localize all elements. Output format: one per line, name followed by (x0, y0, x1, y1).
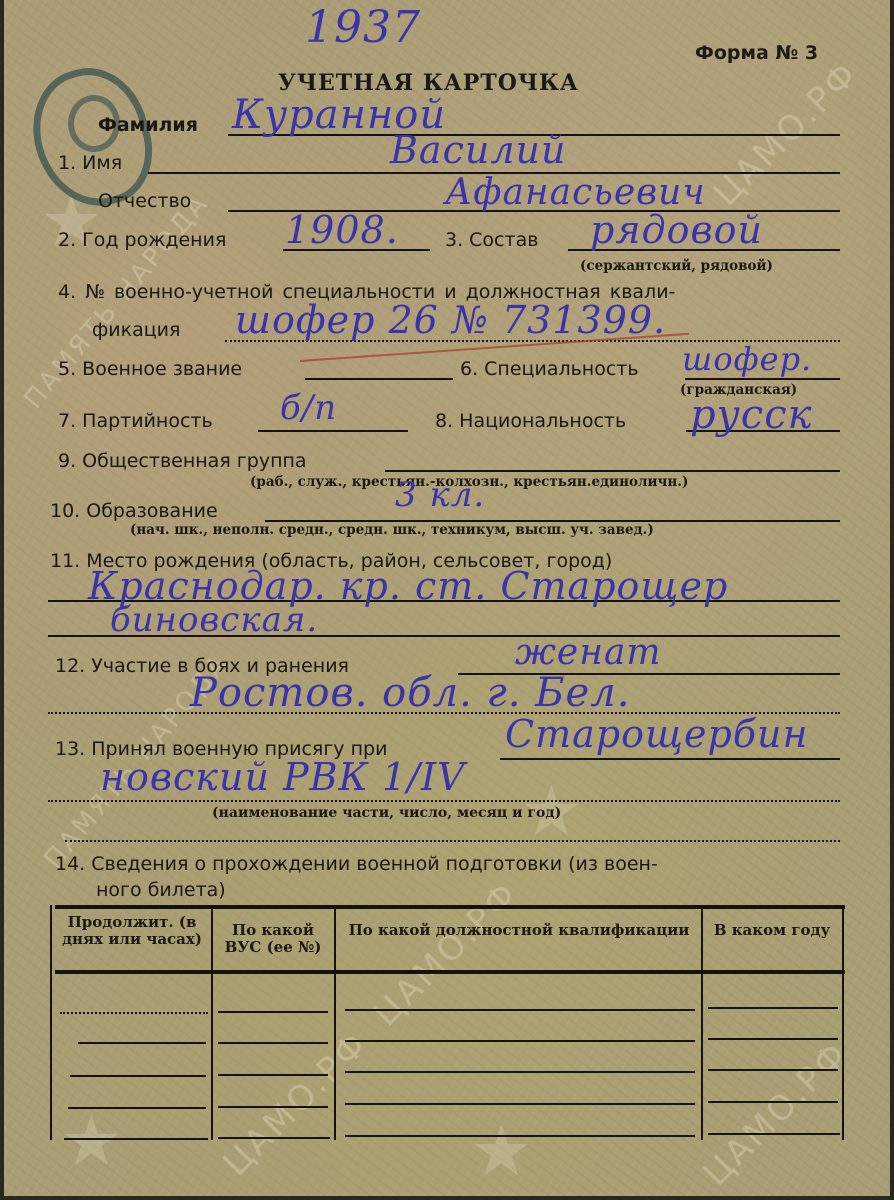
table-col-divider (701, 905, 703, 1140)
oath-line-2 (48, 800, 840, 802)
specialty-value: шофер. (682, 340, 812, 378)
patronymic-label: Отчество (98, 190, 191, 212)
patronymic-value: Афанасьевич (445, 172, 706, 213)
table-header-vus: По какой ВУС (ее №) (214, 922, 332, 956)
battles-value-1: женат (515, 632, 662, 673)
composition-hint: (сержантский, рядовой) (580, 258, 773, 274)
separator-line (65, 840, 840, 842)
scan-edge-left (0, 0, 4, 1200)
table-left-border (50, 905, 52, 1140)
table-header-qualification: По какой должностной квалификации (340, 922, 698, 939)
birth-year-label: 2. Год рождения (58, 229, 226, 251)
oath-value-1: Старощербин (505, 712, 809, 756)
party-value: б/п (280, 388, 337, 428)
training-label: 14. Сведения о прохождении военной подго… (55, 853, 658, 875)
handwritten-year: 1937 (305, 2, 421, 53)
social-group-line (385, 470, 840, 472)
table-header-duration: Продолжит. (в днях или часах) (56, 914, 208, 948)
table-header-bottom (55, 970, 845, 974)
vus-value: шофер 26 № 731399. (235, 298, 666, 342)
battles-value-2: Ростов. обл. г. Бел. (190, 670, 630, 716)
table-col-divider (211, 905, 213, 1140)
watermark: ЦАМО.РФ (696, 1033, 857, 1194)
nationality-label: 8. Национальность (435, 410, 626, 432)
composition-value: рядовой (590, 208, 763, 252)
table-top-border (55, 905, 845, 909)
oath-line (500, 758, 840, 760)
oath-hint: (наименование части, число, месяц и год) (212, 805, 561, 821)
name-value: Василий (390, 128, 566, 172)
watermark-star-icon: ★ (60, 1100, 123, 1182)
table-col-divider (334, 905, 336, 1140)
education-value: 3 кл. (395, 475, 485, 515)
education-label: 10. Образование (50, 500, 218, 522)
scan-edge-bottom (0, 1196, 894, 1200)
name-label: 1. Имя (58, 152, 122, 174)
social-group-label: 9. Общественная группа (58, 450, 307, 472)
form-number: Форма № 3 (695, 42, 818, 64)
table-header-year: В каком году (704, 922, 840, 939)
specialty-label: 6. Специальность (460, 358, 639, 380)
surname-label: Фамилия (98, 114, 198, 136)
education-hint: (нач. шк., неполн. средн., средн. шк., т… (130, 522, 654, 538)
party-line (258, 430, 408, 432)
oath-value-2: новский РВК 1/IV (100, 755, 465, 799)
rank-line (305, 378, 453, 380)
specialty-line (685, 378, 840, 380)
party-label: 7. Партийность (58, 410, 213, 432)
rank-label: 5. Военное звание (58, 358, 242, 380)
birth-year-value: 1908. (285, 208, 399, 252)
vus-label-cont: фикация (92, 319, 180, 341)
birthplace-value-2: биновская. (110, 600, 318, 640)
table-right-border (842, 905, 844, 1140)
composition-label: 3. Состав (445, 229, 538, 251)
training-label-cont: ного билета) (96, 879, 226, 901)
watermark-star-icon: ★ (470, 1110, 533, 1192)
scan-edge-right (890, 0, 894, 1200)
nationality-value: русск (690, 392, 813, 438)
